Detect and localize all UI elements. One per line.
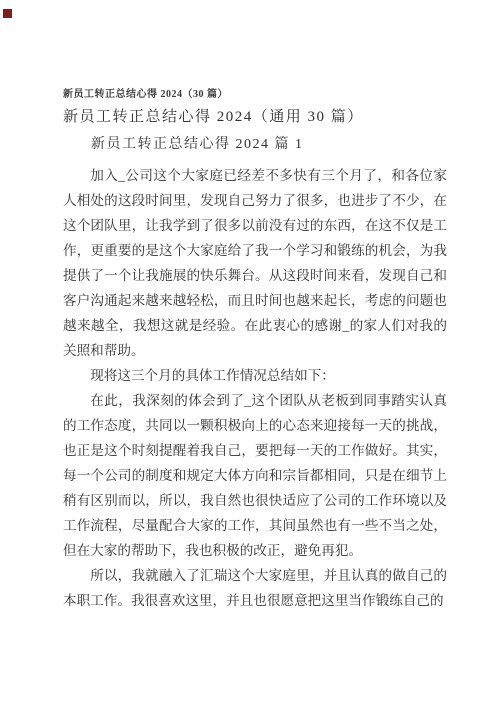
document-body: 新员工转正总结心得 2024（30 篇） 新员工转正总结心得 2024（通用 3… (63, 88, 447, 613)
document-title: 新员工转正总结心得 2024（通用 30 篇） (63, 106, 447, 129)
section-heading: 新员工转正总结心得 2024 篇 1 (63, 133, 447, 156)
paragraph: 在此，我深刻的体会到了_这个团队从老板到同事踏实认真的工作态度，共同以一颗积极向… (63, 388, 447, 563)
paragraph: 所以，我就融入了汇瑞这个大家庭里，并且认真的做自己的本职工作。我很喜欢这里，并且… (63, 563, 447, 613)
page-corner-marker (3, 9, 12, 18)
paragraph: 加入_公司这个大家庭已经差不多快有三个月了，和各位家人相处的这段时间里，发现自己… (63, 163, 447, 363)
document-breadcrumb: 新员工转正总结心得 2024（30 篇） (63, 88, 447, 101)
document-page: { "page": { "background": "#ffffff", "te… (0, 0, 500, 707)
paragraph: 现将这三个月的具体工作情况总结如下： (63, 363, 447, 388)
document-text: 加入_公司这个大家庭已经差不多快有三个月了，和各位家人相处的这段时间里，发现自己… (63, 163, 447, 613)
